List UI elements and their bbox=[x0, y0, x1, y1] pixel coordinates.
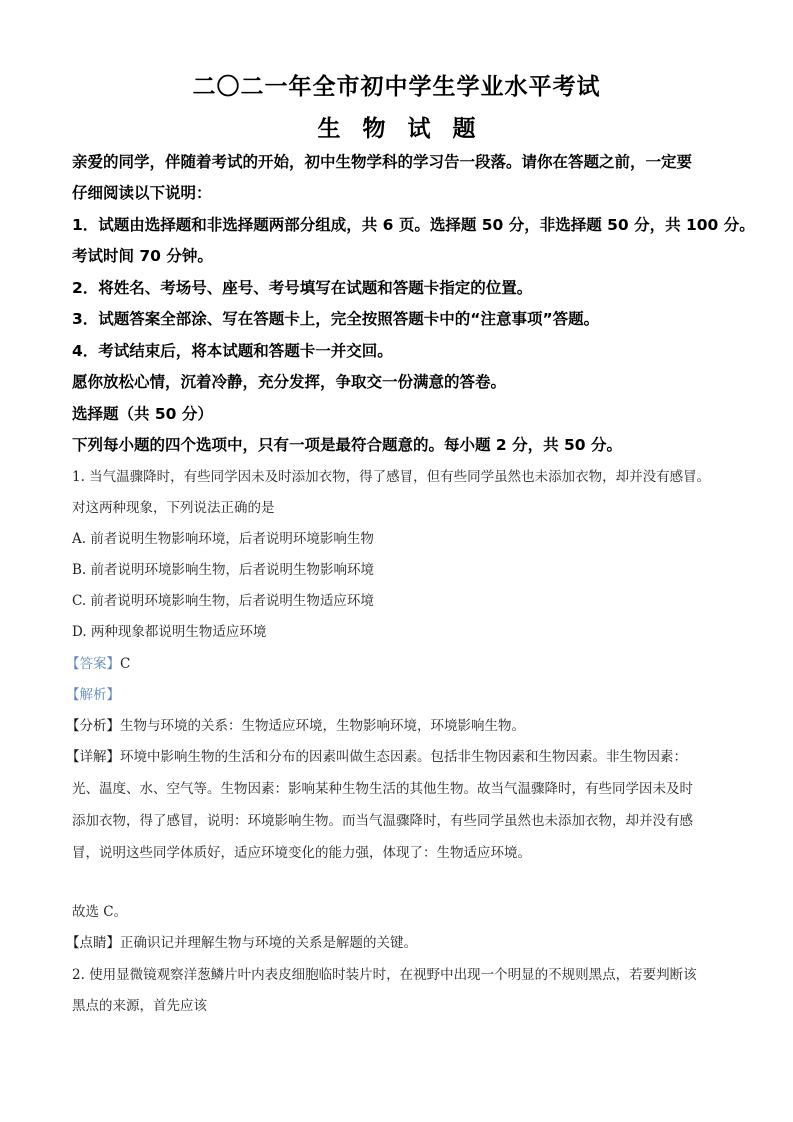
dianjing-label: 【点睛】 bbox=[66, 935, 120, 951]
exam-title: 二〇二一年全市初中学生学业水平考试 bbox=[0, 68, 793, 101]
xiangjie-line-2: 光、温度、水、空气等。生物因素：影响某种生物生活的其他生物。故当气温骤降时，有些… bbox=[72, 777, 732, 797]
xiangjie-line-1: 【详解】环境中影响生物的生活和分布的因素叫做生态因素。包括非生物因素和生物因素。… bbox=[66, 745, 726, 765]
fenxi-label: 【分析】 bbox=[66, 718, 120, 734]
xiangjie-line-3: 添加衣物，得了感冒，说明：环境影响生物。而当气温骤降时，有些同学虽然也未添加衣物… bbox=[72, 809, 732, 829]
question-1-stem-line-1: 1. 当气温骤降时，有些同学因未及时添加衣物，得了感冒，但有些同学虽然也未添加衣… bbox=[72, 465, 732, 485]
intro-line-2: 仔细阅读以下说明： bbox=[72, 181, 732, 203]
fenxi-line: 【分析】生物与环境的关系：生物适应环境，生物影响环境，环境影响生物。 bbox=[66, 714, 726, 734]
intro-line-1: 亲爱的同学，伴随着考试的开始，初中生物学科的学习告一段落。请你在答题之前，一定要 bbox=[72, 150, 732, 172]
question-1-stem-line-2: 对这两种现象，下列说法正确的是 bbox=[72, 496, 732, 516]
subject-title: 生物试题 bbox=[0, 110, 793, 143]
xiangjie-line-4: 冒，说明这些同学体质好，适应环境变化的能力强，体现了：生物适应环境。 bbox=[72, 841, 732, 861]
instruction-item-2: 2．将姓名、考场号、座号、考号填写在试题和答题卡指定的位置。 bbox=[72, 276, 732, 298]
conclusion-line: 故选 C。 bbox=[72, 900, 732, 920]
section-heading: 选择题（共 50 分） bbox=[72, 402, 732, 424]
option-d: D. 两种现象都说明生物适应环境 bbox=[72, 620, 732, 640]
analysis-heading: 【解析】 bbox=[66, 683, 726, 703]
question-2-stem-line-2: 黑点的来源，首先应该 bbox=[72, 994, 732, 1014]
section-directions: 下列每小题的四个选项中，只有一项是最符合题意的。每小题 2 分，共 50 分。 bbox=[72, 433, 732, 455]
instruction-item-1: 1．试题由选择题和非选择题两部分组成，共 6 页。选择题 50 分，非选择题 5… bbox=[72, 213, 732, 235]
question-2-stem-line-1: 2. 使用显微镜观察洋葱鳞片叶内表皮细胞临时装片时，在视野中出现一个明显的不规则… bbox=[72, 963, 732, 983]
option-b: B. 前者说明环境影响生物，后者说明生物影响环境 bbox=[72, 558, 732, 578]
analysis-label: 【解析】 bbox=[66, 687, 120, 703]
fenxi-text: 生物与环境的关系：生物适应环境，生物影响环境，环境影响生物。 bbox=[120, 718, 525, 734]
xiangjie-text-1: 环境中影响生物的生活和分布的因素叫做生态因素。包括非生物因素和生物因素。非生物因… bbox=[120, 749, 687, 765]
option-a: A. 前者说明生物影响环境，后者说明环境影响生物 bbox=[72, 527, 732, 547]
dianjing-line: 【点睛】正确识记并理解生物与环境的关系是解题的关键。 bbox=[66, 931, 726, 951]
answer-value: C bbox=[120, 656, 130, 672]
exam-page: 二〇二一年全市初中学生学业水平考试 生物试题 亲爱的同学，伴随着考试的开始，初中… bbox=[0, 0, 793, 1122]
answer-label: 【答案】 bbox=[66, 656, 120, 672]
instruction-item-3: 3．试题答案全部涂、写在答题卡上，完全按照答题卡中的“注意事项”答题。 bbox=[72, 307, 732, 329]
instruction-item-4: 4．考试结束后，将本试题和答题卡一并交回。 bbox=[72, 339, 732, 361]
instruction-item-1-cont: 考试时间 70 分钟。 bbox=[72, 244, 732, 266]
option-c: C. 前者说明环境影响生物，后者说明生物适应环境 bbox=[72, 589, 732, 609]
dianjing-text: 正确识记并理解生物与环境的关系是解题的关键。 bbox=[120, 935, 417, 951]
answer-line: 【答案】C bbox=[66, 652, 726, 672]
wish-line: 愿你放松心情，沉着冷静，充分发挥，争取交一份满意的答卷。 bbox=[72, 370, 732, 392]
xiangjie-label: 【详解】 bbox=[66, 749, 120, 765]
